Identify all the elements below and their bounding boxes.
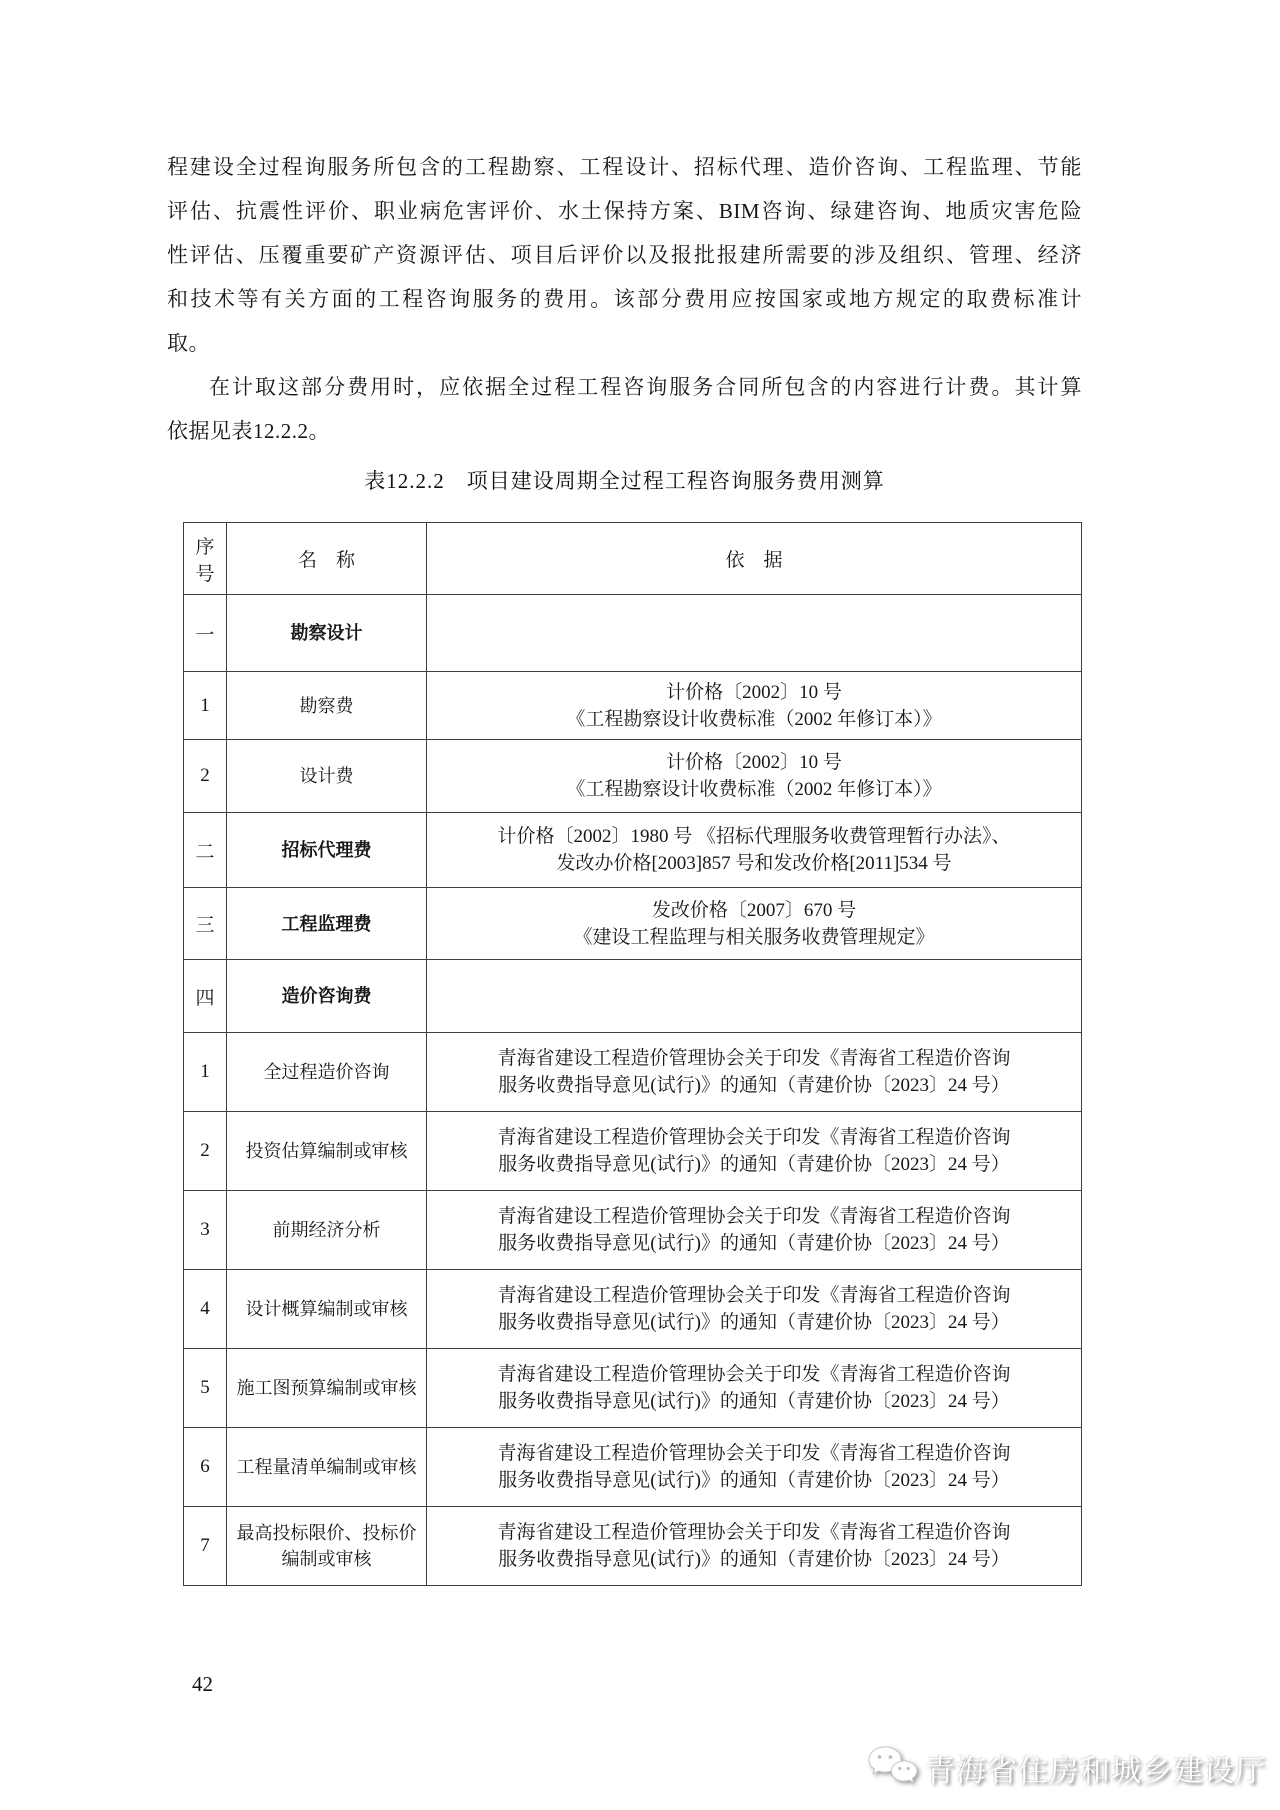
page-number: 42 — [192, 1672, 213, 1697]
cell-no: 2 — [184, 740, 227, 813]
document-page: 程建设全过程询服务所包含的工程勘察、工程设计、招标代理、造价咨询、工程监理、节能… — [0, 0, 1280, 1810]
cell-name: 勘察费 — [231, 693, 422, 719]
cell-name: 招标代理费 — [231, 837, 422, 863]
cell-name: 施工图预算编制或审核 — [231, 1375, 422, 1401]
cell-no: 一 — [184, 595, 227, 672]
cell-basis: 计价格〔2002〕1980 号 《招标代理服务收费管理暂行办法》、 发改办价格[… — [427, 813, 1082, 888]
cell-no: 5 — [184, 1349, 227, 1428]
paragraph-2: 在计取这部分费用时，应依据全过程工程咨询服务合同所包含的内容进行计费。其计算 依… — [167, 365, 1082, 453]
basis-line: 青海省建设工程造价管理协会关于印发《青海省工程造价咨询 — [431, 1519, 1077, 1546]
basis-line: 服务收费指导意见(试行)》的通知（青建价协〔2023〕24 号） — [431, 1309, 1077, 1336]
cell-basis: 青海省建设工程造价管理协会关于印发《青海省工程造价咨询 服务收费指导意见(试行)… — [427, 1033, 1082, 1112]
page-content: 程建设全过程询服务所包含的工程勘察、工程设计、招标代理、造价咨询、工程监理、节能… — [167, 145, 1082, 1586]
cell-basis: 计价格〔2002〕10 号 《工程勘察设计收费标准（2002 年修订本）》 — [427, 740, 1082, 813]
cell-basis: 青海省建设工程造价管理协会关于印发《青海省工程造价咨询 服务收费指导意见(试行)… — [427, 1270, 1082, 1349]
cell-basis: 青海省建设工程造价管理协会关于印发《青海省工程造价咨询 服务收费指导意见(试行)… — [427, 1112, 1082, 1191]
table-caption: 表12.2.2 项目建设周期全过程工程咨询服务费用测算 — [167, 459, 1082, 503]
table-header-row: 序号 名 称 依 据 — [184, 523, 1082, 595]
cell-name: 前期经济分析 — [231, 1217, 422, 1243]
cell-name: 全过程造价咨询 — [231, 1059, 422, 1085]
paragraph-line: 依据见表12.2.2。 — [167, 409, 1082, 453]
table-row: 2 投资估算编制或审核 青海省建设工程造价管理协会关于印发《青海省工程造价咨询 … — [184, 1112, 1082, 1191]
header-cell-basis: 依 据 — [427, 523, 1082, 595]
table-row: 二 招标代理费 计价格〔2002〕1980 号 《招标代理服务收费管理暂行办法》… — [184, 813, 1082, 888]
cell-no: 4 — [184, 1270, 227, 1349]
paragraph-line: 取。 — [167, 321, 1082, 365]
paragraph-line: 在计取这部分费用时，应依据全过程工程咨询服务合同所包含的内容进行计费。其计算 — [167, 365, 1082, 409]
cell-name: 工程量清单编制或审核 — [231, 1454, 422, 1480]
basis-line: 服务收费指导意见(试行)》的通知（青建价协〔2023〕24 号） — [431, 1072, 1077, 1099]
basis-line: 青海省建设工程造价管理协会关于印发《青海省工程造价咨询 — [431, 1440, 1077, 1467]
cell-basis: 青海省建设工程造价管理协会关于印发《青海省工程造价咨询 服务收费指导意见(试行)… — [427, 1428, 1082, 1507]
table-row: 7 最高投标限价、投标价编制或审核 青海省建设工程造价管理协会关于印发《青海省工… — [184, 1507, 1082, 1586]
basis-line: 发改价格〔2007〕670 号 — [431, 897, 1077, 924]
paragraph-line: 性评估、压覆重要矿产资源评估、项目后评价以及报批报建所需要的涉及组织、管理、经济 — [167, 233, 1082, 277]
cell-name: 设计费 — [231, 763, 422, 789]
header-cell-name: 名 称 — [227, 523, 427, 595]
cell-name: 投资估算编制或审核 — [231, 1138, 422, 1164]
cell-no: 6 — [184, 1428, 227, 1507]
table-row: 6 工程量清单编制或审核 青海省建设工程造价管理协会关于印发《青海省工程造价咨询… — [184, 1428, 1082, 1507]
cell-no: 四 — [184, 960, 227, 1033]
basis-line: 服务收费指导意见(试行)》的通知（青建价协〔2023〕24 号） — [431, 1467, 1077, 1494]
cell-basis: 青海省建设工程造价管理协会关于印发《青海省工程造价咨询 服务收费指导意见(试行)… — [427, 1349, 1082, 1428]
table-row: 一 勘察设计 — [184, 595, 1082, 672]
header-cell-no: 序号 — [184, 523, 227, 595]
cell-name: 造价咨询费 — [231, 983, 422, 1009]
basis-line: 《工程勘察设计收费标准（2002 年修订本）》 — [431, 776, 1077, 803]
cell-basis: 青海省建设工程造价管理协会关于印发《青海省工程造价咨询 服务收费指导意见(试行)… — [427, 1507, 1082, 1586]
basis-line: 计价格〔2002〕10 号 — [431, 679, 1077, 706]
wechat-logo-icon — [865, 1745, 919, 1791]
cell-no: 1 — [184, 1033, 227, 1112]
cell-name: 工程监理费 — [231, 911, 422, 937]
basis-line: 服务收费指导意见(试行)》的通知（青建价协〔2023〕24 号） — [431, 1388, 1077, 1415]
footer-brand: 青海省住房和城乡建设厅 — [865, 1742, 1266, 1794]
table-row: 5 施工图预算编制或审核 青海省建设工程造价管理协会关于印发《青海省工程造价咨询… — [184, 1349, 1082, 1428]
basis-line: 服务收费指导意见(试行)》的通知（青建价协〔2023〕24 号） — [431, 1546, 1077, 1573]
brand-text: 青海省住房和城乡建设厅 — [925, 1746, 1266, 1790]
paragraph-line: 和技术等有关方面的工程咨询服务的费用。该部分费用应按国家或地方规定的取费标准计 — [167, 277, 1082, 321]
cell-no: 1 — [184, 672, 227, 740]
basis-line: 发改办价格[2003]857 号和发改价格[2011]534 号 — [431, 850, 1077, 877]
cell-name: 勘察设计 — [231, 620, 422, 646]
cell-name: 设计概算编制或审核 — [231, 1296, 422, 1322]
basis-line: 计价格〔2002〕10 号 — [431, 749, 1077, 776]
basis-line: 《工程勘察设计收费标准（2002 年修订本）》 — [431, 706, 1077, 733]
cell-name: 最高投标限价、投标价编制或审核 — [231, 1520, 422, 1572]
cell-basis — [427, 960, 1082, 1033]
table-row: 1 全过程造价咨询 青海省建设工程造价管理协会关于印发《青海省工程造价咨询 服务… — [184, 1033, 1082, 1112]
table-row: 4 设计概算编制或审核 青海省建设工程造价管理协会关于印发《青海省工程造价咨询 … — [184, 1270, 1082, 1349]
basis-line: 《建设工程监理与相关服务收费管理规定》 — [431, 924, 1077, 951]
basis-line: 青海省建设工程造价管理协会关于印发《青海省工程造价咨询 — [431, 1124, 1077, 1151]
cell-no: 7 — [184, 1507, 227, 1586]
basis-line: 服务收费指导意见(试行)》的通知（青建价协〔2023〕24 号） — [431, 1230, 1077, 1257]
fee-basis-table: 序号 名 称 依 据 一 勘察设计 1 勘察费 计价格〔2002〕10 号 《工… — [183, 522, 1082, 1586]
cell-no: 二 — [184, 813, 227, 888]
cell-basis: 计价格〔2002〕10 号 《工程勘察设计收费标准（2002 年修订本）》 — [427, 672, 1082, 740]
table-row: 1 勘察费 计价格〔2002〕10 号 《工程勘察设计收费标准（2002 年修订… — [184, 672, 1082, 740]
paragraph-line: 程建设全过程询服务所包含的工程勘察、工程设计、招标代理、造价咨询、工程监理、节能 — [167, 145, 1082, 189]
cell-no: 2 — [184, 1112, 227, 1191]
paragraph-line: 评估、抗震性评价、职业病危害评价、水土保持方案、BIM咨询、绿建咨询、地质灾害危… — [167, 189, 1082, 233]
cell-basis: 发改价格〔2007〕670 号 《建设工程监理与相关服务收费管理规定》 — [427, 888, 1082, 960]
basis-line: 计价格〔2002〕1980 号 《招标代理服务收费管理暂行办法》、 — [431, 823, 1077, 850]
cell-no: 三 — [184, 888, 227, 960]
table-row: 2 设计费 计价格〔2002〕10 号 《工程勘察设计收费标准（2002 年修订… — [184, 740, 1082, 813]
basis-line: 青海省建设工程造价管理协会关于印发《青海省工程造价咨询 — [431, 1203, 1077, 1230]
basis-line: 青海省建设工程造价管理协会关于印发《青海省工程造价咨询 — [431, 1361, 1077, 1388]
table-row: 三 工程监理费 发改价格〔2007〕670 号 《建设工程监理与相关服务收费管理… — [184, 888, 1082, 960]
basis-line: 服务收费指导意见(试行)》的通知（青建价协〔2023〕24 号） — [431, 1151, 1077, 1178]
basis-line: 青海省建设工程造价管理协会关于印发《青海省工程造价咨询 — [431, 1282, 1077, 1309]
cell-no: 3 — [184, 1191, 227, 1270]
table-row: 3 前期经济分析 青海省建设工程造价管理协会关于印发《青海省工程造价咨询 服务收… — [184, 1191, 1082, 1270]
paragraph-1: 程建设全过程询服务所包含的工程勘察、工程设计、招标代理、造价咨询、工程监理、节能… — [167, 145, 1082, 365]
basis-line: 青海省建设工程造价管理协会关于印发《青海省工程造价咨询 — [431, 1045, 1077, 1072]
table-row: 四 造价咨询费 — [184, 960, 1082, 1033]
cell-basis — [427, 595, 1082, 672]
cell-basis: 青海省建设工程造价管理协会关于印发《青海省工程造价咨询 服务收费指导意见(试行)… — [427, 1191, 1082, 1270]
